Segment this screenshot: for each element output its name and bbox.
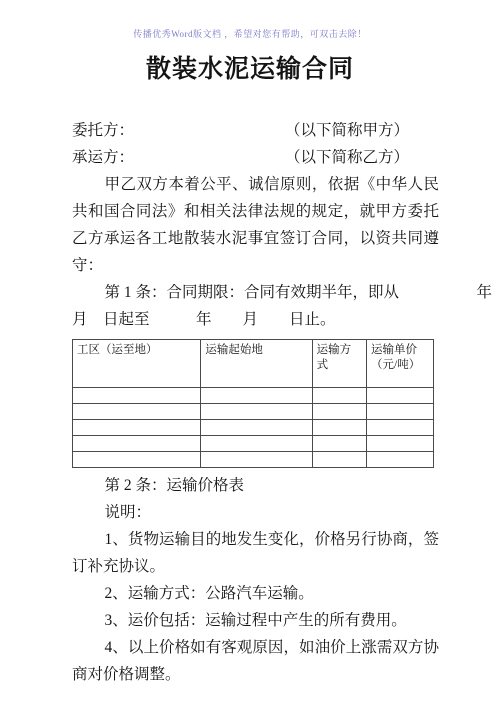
party-label-carrier: 承运方： bbox=[72, 149, 134, 166]
party-note-carrier: （以下简称乙方） bbox=[285, 144, 409, 171]
table-cell-empty[interactable] bbox=[367, 436, 434, 452]
promo-banner-text[interactable]: 传播优秀Word版文档 ，希望对您有帮助，可双击去除！ bbox=[0, 28, 500, 40]
table-cell-empty[interactable] bbox=[73, 452, 201, 468]
party-row-carrier: 承运方： （以下简称乙方） bbox=[72, 144, 439, 171]
table-cell-empty[interactable] bbox=[73, 388, 201, 404]
header-zone: 工区（运至地） bbox=[73, 340, 201, 388]
party-label-consignor: 委托方： bbox=[72, 122, 134, 139]
notes-label: 说明： bbox=[72, 499, 439, 526]
table-cell-empty[interactable] bbox=[312, 420, 366, 436]
table-cell-empty[interactable] bbox=[201, 404, 312, 420]
table-cell-empty[interactable] bbox=[73, 436, 201, 452]
table-cell-empty[interactable] bbox=[367, 420, 434, 436]
note-item-3: 3、运价包括：运输过程中产生的所有费用。 bbox=[72, 607, 439, 634]
intro-paragraph: 甲乙双方本着公平、诚信原则，依据《中华人民共和国合同法》和相关法律法规的规定，就… bbox=[72, 171, 439, 279]
price-table: 工区（运至地） 运输起始地 运输方式 运输单价（元/吨） bbox=[72, 339, 434, 468]
table-cell-empty[interactable] bbox=[367, 404, 434, 420]
clause1-line2: 月 日起至 年 月 日止。 bbox=[72, 306, 439, 333]
table-cell-empty[interactable] bbox=[312, 436, 366, 452]
table-cell-empty[interactable] bbox=[73, 420, 201, 436]
table-row bbox=[73, 388, 434, 404]
table-row bbox=[73, 404, 434, 420]
document-title: 散装水泥运输合同 bbox=[0, 53, 500, 87]
table-cell-empty[interactable] bbox=[201, 436, 312, 452]
clause2-heading: 第 2 条：运输价格表 bbox=[72, 472, 439, 499]
header-unit-price: 运输单价（元/吨） bbox=[367, 340, 434, 388]
header-mode: 运输方式 bbox=[312, 340, 366, 388]
note-item-2: 2、运输方式：公路汽车运输。 bbox=[72, 580, 439, 607]
party-row-consignor: 委托方： （以下简称甲方） bbox=[72, 117, 439, 144]
document-body: 委托方： （以下简称甲方） 承运方： （以下简称乙方） 甲乙双方本着公平、诚信原… bbox=[72, 117, 439, 688]
note-item-4: 4、以上价格如有客观原因，如油价上涨需双方协商对价格调整。 bbox=[72, 634, 439, 688]
table-cell-empty[interactable] bbox=[201, 452, 312, 468]
clause1-line1: 第 1 条：合同期限：合同有效期半年，即从 年 bbox=[72, 279, 439, 306]
note-item-1: 1、货物运输目的地发生变化，价格另行协商，签订补充协议。 bbox=[72, 526, 439, 580]
header-origin: 运输起始地 bbox=[201, 340, 312, 388]
table-cell-empty[interactable] bbox=[312, 452, 366, 468]
table-cell-empty[interactable] bbox=[73, 404, 201, 420]
table-row bbox=[73, 436, 434, 452]
table-row bbox=[73, 452, 434, 468]
table-cell-empty[interactable] bbox=[312, 404, 366, 420]
table-row bbox=[73, 420, 434, 436]
price-table-header-row: 工区（运至地） 运输起始地 运输方式 运输单价（元/吨） bbox=[73, 340, 434, 388]
party-note-consignor: （以下简称甲方） bbox=[285, 117, 409, 144]
table-cell-empty[interactable] bbox=[312, 388, 366, 404]
table-cell-empty[interactable] bbox=[367, 452, 434, 468]
table-cell-empty[interactable] bbox=[201, 420, 312, 436]
table-cell-empty[interactable] bbox=[201, 388, 312, 404]
table-cell-empty[interactable] bbox=[367, 388, 434, 404]
